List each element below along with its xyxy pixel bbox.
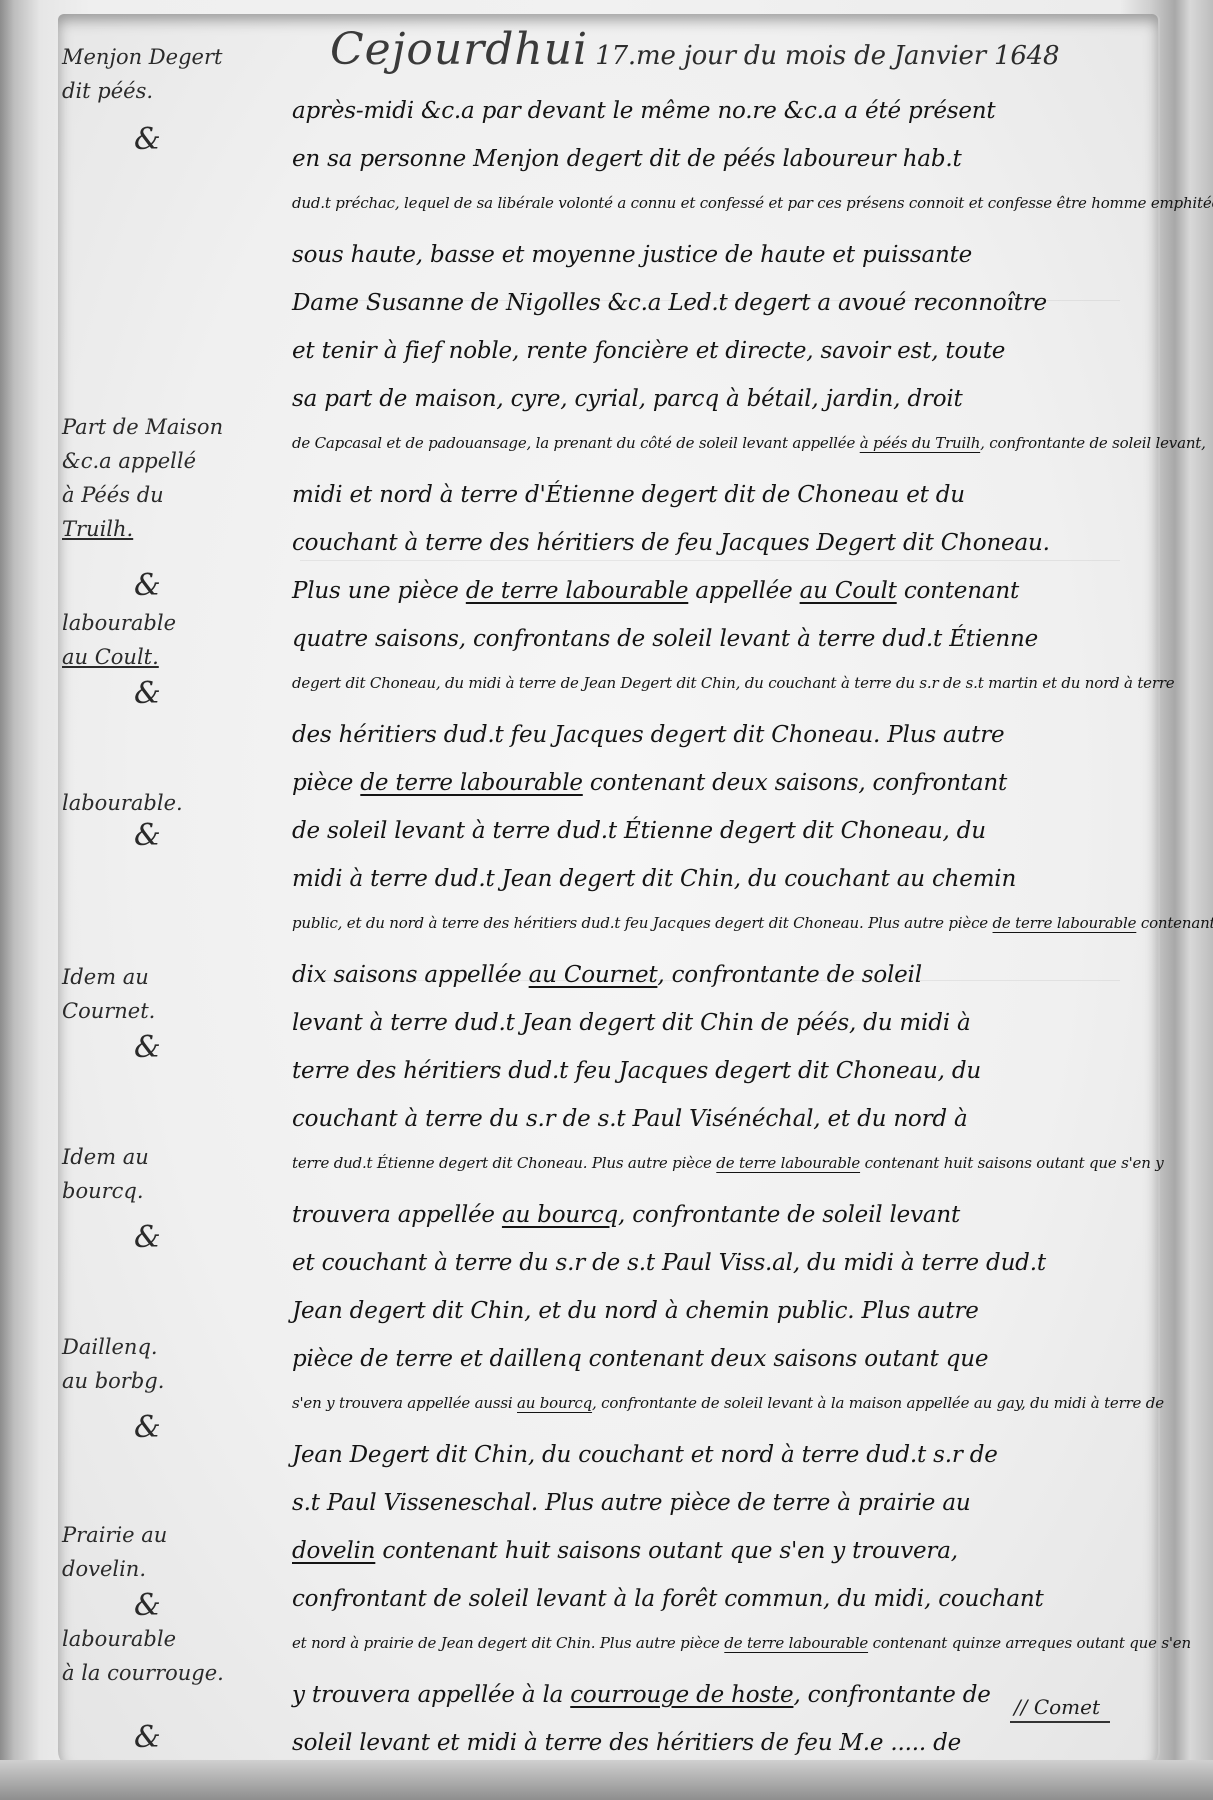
underlined-place-name: au Coult xyxy=(800,578,897,604)
paragraph-mark: & xyxy=(134,1220,161,1255)
underlined-place-name: à péés du Truilh xyxy=(860,434,980,452)
margin-note-line: dit péés. xyxy=(62,74,292,108)
text-line: couchant à terre des héritiers de feu Ja… xyxy=(292,530,1152,580)
text-line: sa part de maison, cyre, cyrial, parcq à… xyxy=(292,386,1152,436)
margin-note-labourable: labourable. xyxy=(62,786,292,820)
text-line: et nord à prairie de Jean degert dit Chi… xyxy=(292,1634,1152,1684)
text-line: pièce de terre labourable contenant deux… xyxy=(292,770,1152,820)
margin-note-line: au borbg. xyxy=(62,1364,292,1398)
text-line: terre des héritiers dud.t feu Jacques de… xyxy=(292,1058,1152,1108)
paragraph-mark: & xyxy=(134,568,161,603)
underlined-place-name: de terre labourable xyxy=(360,770,582,796)
margin-note-daillenq: Daillenq. au borbg. xyxy=(62,1330,292,1398)
text-line: midi et nord à terre d'Étienne degert di… xyxy=(292,482,1152,532)
text-line: confrontant de soleil levant à la forêt … xyxy=(292,1586,1152,1636)
text-line: pièce de terre et daillenq contenant deu… xyxy=(292,1346,1152,1396)
paragraph-mark: & xyxy=(134,1410,161,1445)
margin-note-menjon: Menjon Degert dit péés. xyxy=(62,40,292,108)
paragraph-mark: & xyxy=(134,1720,161,1755)
margin-note-line: &c.a appellé xyxy=(62,444,292,478)
text-line: degert dit Choneau, du midi à terre de J… xyxy=(292,674,1152,724)
date-text: 17.me jour du mois de Janvier 1648 xyxy=(595,41,1059,71)
margin-note-line: au Coult. xyxy=(62,640,292,674)
margin-note-courrouge: labourable à la courrouge. xyxy=(62,1622,292,1690)
margin-note-line: à la courrouge. xyxy=(62,1656,292,1690)
text-line: Plus une pièce de terre labourable appel… xyxy=(292,578,1152,628)
margin-note-line: Idem au xyxy=(62,1140,292,1174)
text-line: Jean Degert dit Chin, du couchant et nor… xyxy=(292,1442,1152,1492)
underlined-place-name: au bourcq xyxy=(517,1394,592,1412)
notary-signature: // Comet xyxy=(1010,1695,1110,1723)
text-line: et tenir à fief noble, rente foncière et… xyxy=(292,338,1152,388)
text-line: de soleil levant à terre dud.t Étienne d… xyxy=(292,818,1152,868)
margin-note-coult: labourable au Coult. xyxy=(62,606,292,674)
text-line: quatre saisons, confrontans de soleil le… xyxy=(292,626,1152,676)
text-line: public, et du nord à terre des héritiers… xyxy=(292,914,1152,964)
underlined-place-name: au bourcq xyxy=(502,1202,618,1228)
text-line: dix saisons appellée au Cournet, confron… xyxy=(292,962,1152,1012)
text-line: levant à terre dud.t Jean degert dit Chi… xyxy=(292,1010,1152,1060)
margin-note-line: labourable xyxy=(62,606,292,640)
text-line: soleil levant et midi à terre des hériti… xyxy=(292,1730,1152,1780)
underlined-place-name: de terre labourable xyxy=(466,578,688,604)
margin-note-line: Menjon Degert xyxy=(62,40,292,74)
text-line: en sa personne Menjon degert dit de péés… xyxy=(292,146,1152,196)
text-line: Jean degert dit Chin, et du nord à chemi… xyxy=(292,1298,1152,1348)
text-line: après-midi &c.a par devant le même no.re… xyxy=(292,98,1152,148)
paragraph-mark: & xyxy=(134,1030,161,1065)
underlined-place-name: de terre labourable xyxy=(993,914,1137,932)
underlined-place-name: de terre labourable xyxy=(716,1154,860,1172)
margin-note-line: Prairie au xyxy=(62,1518,292,1552)
text-line: dud.t préchac, lequel de sa libérale vol… xyxy=(292,194,1152,244)
margin-note-line: labourable xyxy=(62,1622,292,1656)
margin-note-line: dovelin. xyxy=(62,1552,292,1586)
text-line: s'en y trouvera appellée aussi au bourcq… xyxy=(292,1394,1152,1444)
paragraph-mark: & xyxy=(134,1588,161,1623)
margin-note-line: Idem au xyxy=(62,960,292,994)
text-line: trouvera appellée au bourcq, confrontant… xyxy=(292,1202,1152,1252)
document-scan: Menjon Degert dit péés. & Part de Maison… xyxy=(0,0,1213,1800)
text-line: de Capcasal et de padouansage, la prenan… xyxy=(292,434,1152,484)
margin-note-line: labourable. xyxy=(62,786,292,820)
underlined-place-name: de terre labourable xyxy=(724,1634,868,1652)
underlined-place-name: dovelin xyxy=(292,1538,375,1564)
underlined-place-name: au Cournet xyxy=(529,962,658,988)
margin-note-part-de-maison: Part de Maison &c.a appellé à Péés du Tr… xyxy=(62,410,292,546)
margin-note-line: Part de Maison xyxy=(62,410,292,444)
text-line: sous haute, basse et moyenne justice de … xyxy=(292,242,1152,292)
margin-note-line: à Péés du xyxy=(62,478,292,512)
incipit: Cejourdhui xyxy=(330,24,588,75)
date-line: Cejourdhui 17.me jour du mois de Janvier… xyxy=(330,24,1190,74)
text-line: s.t Paul Visseneschal. Plus autre pièce … xyxy=(292,1490,1152,1540)
paragraph-mark: & xyxy=(134,122,161,157)
paragraph-mark: & xyxy=(134,818,161,853)
text-line: des héritiers dud.t feu Jacques degert d… xyxy=(292,722,1152,772)
text-line: midi à terre dud.t Jean degert dit Chin,… xyxy=(292,866,1152,916)
paragraph-mark: & xyxy=(134,676,161,711)
underlined-place-name: courrouge de hoste xyxy=(570,1682,793,1708)
margin-note-line: Daillenq. xyxy=(62,1330,292,1364)
text-line: couchant à terre du s.r de s.t Paul Visé… xyxy=(292,1106,1152,1156)
margin-note-line: bourcq. xyxy=(62,1174,292,1208)
text-line: Dame Susanne de Nigolles &c.a Led.t dege… xyxy=(292,290,1152,340)
text-line: et couchant à terre du s.r de s.t Paul V… xyxy=(292,1250,1152,1300)
text-line: terre dud.t Étienne degert dit Choneau. … xyxy=(292,1154,1152,1204)
margin-note-line: Truilh. xyxy=(62,512,292,546)
margin-note-bourcq: Idem au bourcq. xyxy=(62,1140,292,1208)
margin-note-cournet: Idem au Cournet. xyxy=(62,960,292,1028)
margin-note-prairie: Prairie au dovelin. xyxy=(62,1518,292,1586)
margin-note-line: Cournet. xyxy=(62,994,292,1028)
text-line: dovelin contenant huit saisons outant qu… xyxy=(292,1538,1152,1588)
